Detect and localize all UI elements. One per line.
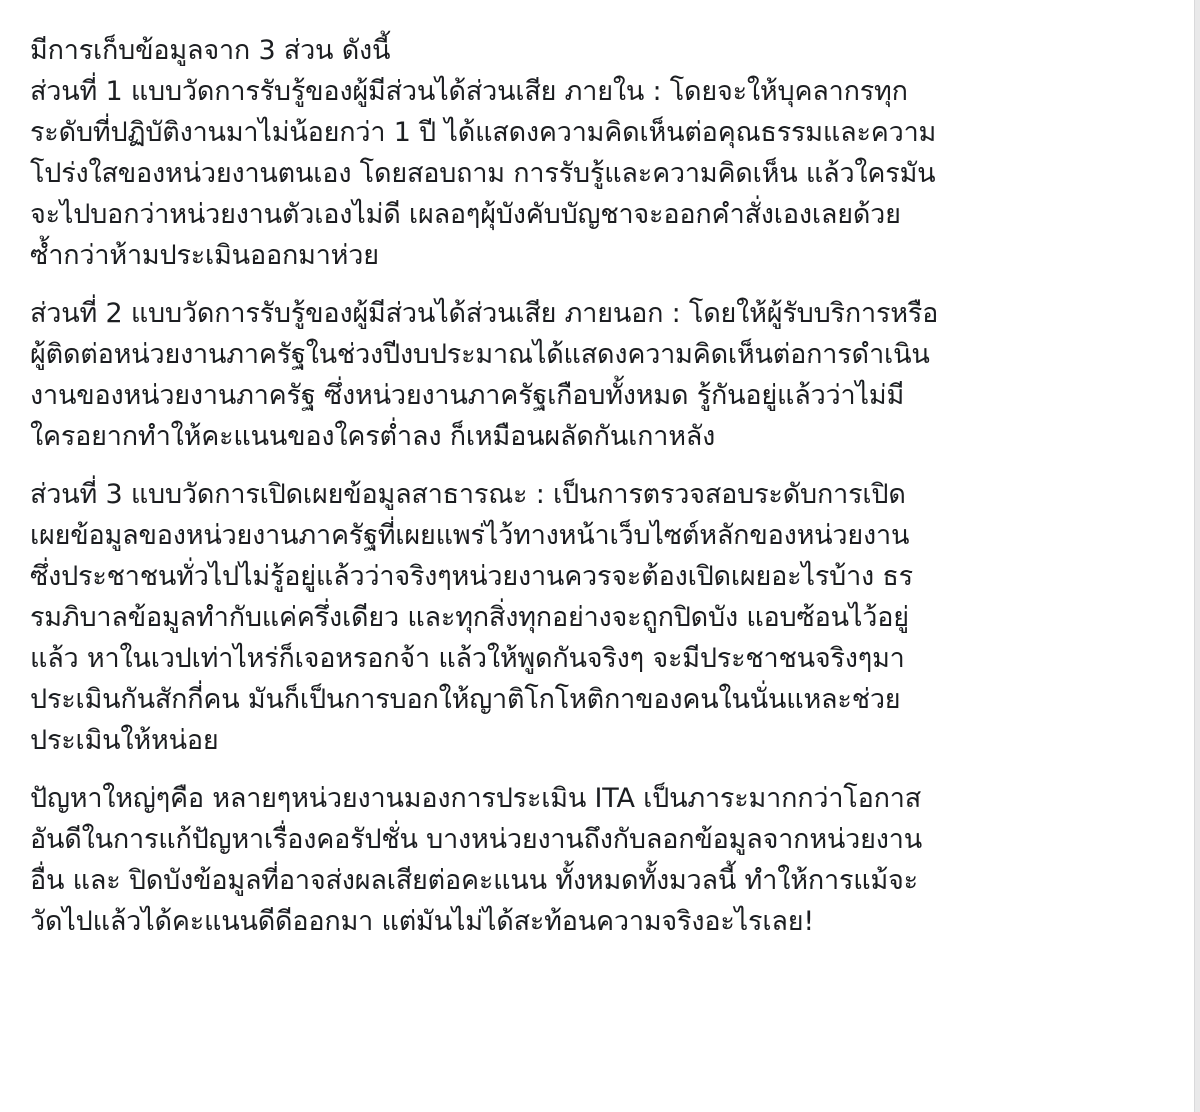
text-line: อันดีในการแก้ปัญหาเรื่องคอรัปชั่น บางหน่… <box>30 819 1180 860</box>
text-line: ส่วนที่ 3 แบบวัดการเปิดเผยข้อมูลสาธารณะ … <box>30 474 1180 515</box>
text-line: ส่วนที่ 2 แบบวัดการรับรู้ของผู้มีส่วนได้… <box>30 293 1180 334</box>
paragraph-part-3: ส่วนที่ 3 แบบวัดการเปิดเผยข้อมูลสาธารณะ … <box>30 474 1180 761</box>
post-body: มีการเก็บข้อมูลจาก 3 ส่วน ดังนี้ ส่วนที่… <box>30 30 1180 959</box>
text-line: ซ้ำกว่าห้ามประเมินออกมาห่วย <box>30 235 1180 276</box>
text-line: ใครอยากทำให้คะแนนของใครต่ำลง ก็เหมือนผลั… <box>30 416 1180 457</box>
text-line: รมภิบาลข้อมูลทำกับแค่ครึ่งเดียว และทุกสิ… <box>30 597 1180 638</box>
text-line: ประเมินกันสักกี่คน มันก็เป็นการบอกให้ญาต… <box>30 679 1180 720</box>
text-line: แล้ว หาในเวปเท่าไหร่ก็เจอหรอกจ้า แล้วให้… <box>30 638 1180 679</box>
text-line: ปัญหาใหญ่ๆคือ หลายๆหน่วยงานมองการประเมิน… <box>30 778 1180 819</box>
text-line: โปร่งใสของหน่วยงานตนเอง โดยสอบถาม การรับ… <box>30 153 1180 194</box>
paragraph-intro-part-1: มีการเก็บข้อมูลจาก 3 ส่วน ดังนี้ ส่วนที่… <box>30 30 1180 276</box>
paragraph-conclusion: ปัญหาใหญ่ๆคือ หลายๆหน่วยงานมองการประเมิน… <box>30 778 1180 942</box>
text-line: ประเมินให้หน่อย <box>30 720 1180 761</box>
text-line: จะไปบอกว่าหน่วยงานตัวเองไม่ดี เผลอๆผุ้บั… <box>30 194 1180 235</box>
text-line: ส่วนที่ 1 แบบวัดการรับรู้ของผู้มีส่วนได้… <box>30 71 1180 112</box>
text-line: งานของหน่วยงานภาครัฐ ซึ่งหน่วยงานภาครัฐเ… <box>30 375 1180 416</box>
text-line: ผู้ติดต่อหน่วยงานภาครัฐในช่วงปีงบประมาณไ… <box>30 334 1180 375</box>
text-line: มีการเก็บข้อมูลจาก 3 ส่วน ดังนี้ <box>30 30 1180 71</box>
text-line: เผยข้อมูลของหน่วยงานภาครัฐที่เผยแพร่ไว้ท… <box>30 515 1180 556</box>
text-line: วัดไปแล้วได้คะแนนดีดีออกมา แต่มันไม่ได้ส… <box>30 901 1180 942</box>
paragraph-part-2: ส่วนที่ 2 แบบวัดการรับรู้ของผู้มีส่วนได้… <box>30 293 1180 457</box>
scrollbar-edge <box>1194 0 1200 1112</box>
text-line: อื่น และ ปิดบังข้อมูลที่อาจส่งผลเสียต่อค… <box>30 860 1180 901</box>
text-line: ระดับที่ปฏิบัติงานมาไม่น้อยกว่า 1 ปี ได้… <box>30 112 1180 153</box>
text-line: ซึ่งประชาชนทั่วไปไม่รู้อยู่แล้วว่าจริงๆห… <box>30 556 1180 597</box>
